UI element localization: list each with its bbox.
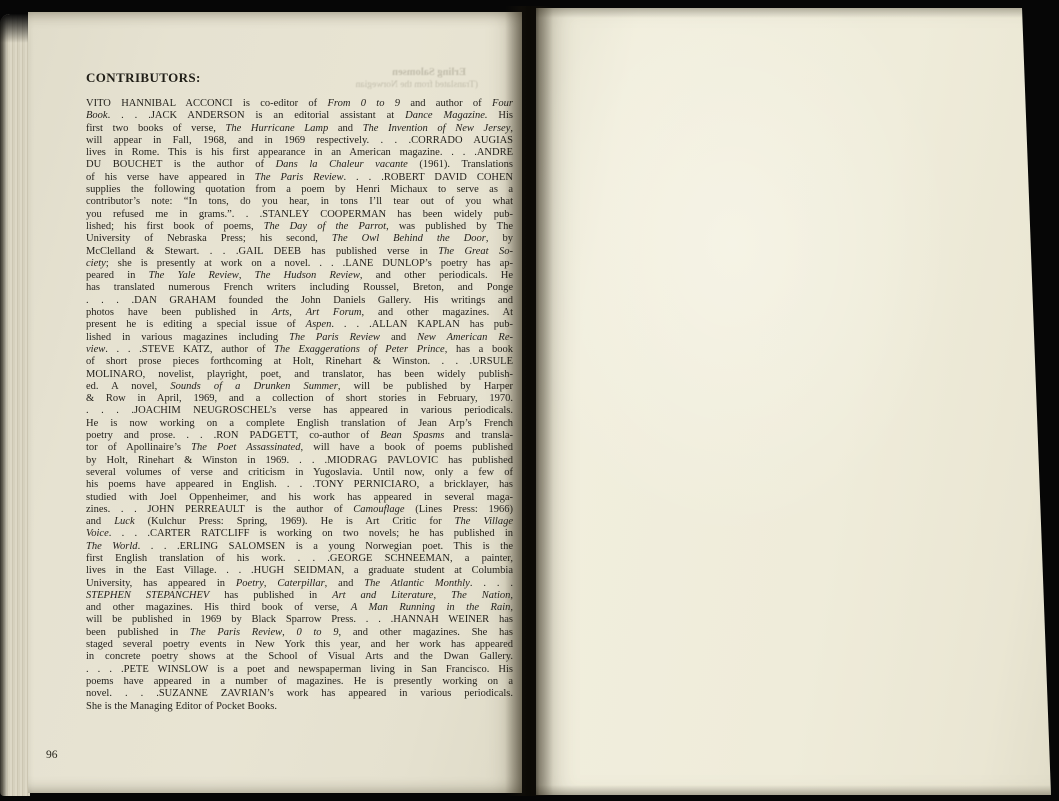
ghost-line: Erling Salomsen <box>328 66 478 79</box>
text-line: poetry and prose. . . .RON PADGETT, co-a… <box>86 430 513 442</box>
text-line: ciety; she is presently at work on a nov… <box>86 258 513 270</box>
text-line: DU BOUCHET is the author of Dans la Chal… <box>86 159 513 171</box>
text-line: present he is editing a special issue of… <box>86 319 513 331</box>
text-line: McClelland & Stewart. . . .GAIL DEEB has… <box>86 246 513 258</box>
text-line: will be published in 1969 by Black Sparr… <box>86 614 513 626</box>
text-line: studied with Joel Oppenheimer, and his w… <box>86 492 513 504</box>
text-line: lished in various magazines including Th… <box>86 332 513 344</box>
contributors-text: VITO HANNIBAL ACCONCI is co-editor of Fr… <box>86 98 513 713</box>
text-line: view. . . .STEVE KATZ, author of The Exa… <box>86 344 513 356</box>
text-line: . . . .DAN GRAHAM founded the John Danie… <box>86 295 513 307</box>
text-line: . . . .PETE WINSLOW is a poet and newspa… <box>86 664 513 676</box>
text-line: Voice. . . .CARTER RATCLIFF is working o… <box>86 528 513 540</box>
left-page: Erling Salomsen (Translated from the Nor… <box>28 12 522 793</box>
book-spread: Erling Salomsen (Translated from the Nor… <box>0 0 1059 801</box>
right-page-blank <box>536 8 1054 795</box>
book-gutter-shadow <box>505 6 553 796</box>
text-line: photos have been published in Arts, Art … <box>86 307 513 319</box>
text-line: University, has appeared in Poetry, Cate… <box>86 578 513 590</box>
text-line: first two books of verse, The Hurricane … <box>86 123 513 135</box>
text-line: in concrete poetry shows at the School o… <box>86 651 513 663</box>
text-line: . . . .JOACHIM NEUGROSCHEL’s verse has a… <box>86 405 513 417</box>
text-line: you refused me in grams.”. . .STANLEY CO… <box>86 209 513 221</box>
text-line: lives in the East Village. . . .HUGH SEI… <box>86 565 513 577</box>
text-line: She is the Managing Editor of Pocket Boo… <box>86 701 513 713</box>
text-line: novel. . . .SUZANNE ZAVRIAN’s work has a… <box>86 688 513 700</box>
text-line: has translated numerous French writers i… <box>86 282 513 294</box>
contributors-heading: CONTRIBUTORS: <box>86 70 201 86</box>
text-line: poems have appeared in a number of magaz… <box>86 676 513 688</box>
text-line: supplies the following quotation from a … <box>86 184 513 196</box>
text-line: and other magazines. His third book of v… <box>86 602 513 614</box>
text-line: of short prose pieces forthcoming at Hol… <box>86 356 513 368</box>
text-line: lished; his first book of poems, The Day… <box>86 221 513 233</box>
text-line: several volumes of verse and criticism i… <box>86 467 513 479</box>
text-line: VITO HANNIBAL ACCONCI is co-editor of Fr… <box>86 98 513 110</box>
text-line: staged several poetry events in New York… <box>86 639 513 651</box>
text-line: first English translation of his work. .… <box>86 553 513 565</box>
text-line: zines. . . JOHN PERREAULT is the author … <box>86 504 513 516</box>
text-line: lives in Rome. This is his first appeara… <box>86 147 513 159</box>
text-line: peared in The Yale Review, The Hudson Re… <box>86 270 513 282</box>
text-line: by Holt, Rinehart & Winston in 1969. . .… <box>86 455 513 467</box>
text-line: He is now working on a complete English … <box>86 418 513 430</box>
text-line: tor of Apollinaire’s The Poet Assassinat… <box>86 442 513 454</box>
text-line: his poems have appeared in English. . . … <box>86 479 513 491</box>
text-line: & Row in April, 1969, and a collection o… <box>86 393 513 405</box>
text-line: Book. . . .JACK ANDERSON is an editorial… <box>86 110 513 122</box>
text-line: of his verse have appeared in The Paris … <box>86 172 513 184</box>
text-line: The World. . . .ERLING SALOMSEN is a you… <box>86 541 513 553</box>
text-line: been published in The Paris Review, 0 to… <box>86 627 513 639</box>
text-line: University of Nebraska Press; his second… <box>86 233 513 245</box>
page-number: 96 <box>46 749 58 761</box>
text-line: will appear in Fall, 1968, and in 1969 r… <box>86 135 513 147</box>
text-line: ed. A novel, Sounds of a Drunken Summer,… <box>86 381 513 393</box>
text-line: and Luck (Kulchur Press: Spring, 1969). … <box>86 516 513 528</box>
page-stack-edge <box>0 14 30 796</box>
text-line: STEPHEN STEPANCHEV has published in Art … <box>86 590 513 602</box>
ghost-line: (Translated from the Norwegian <box>328 79 478 92</box>
text-line: contributor’s note: “In tons, do you hea… <box>86 196 513 208</box>
ghost-showthrough-text: Erling Salomsen (Translated from the Nor… <box>328 66 478 92</box>
text-line: MOLINARO, novelist, playright, poet, and… <box>86 369 513 381</box>
